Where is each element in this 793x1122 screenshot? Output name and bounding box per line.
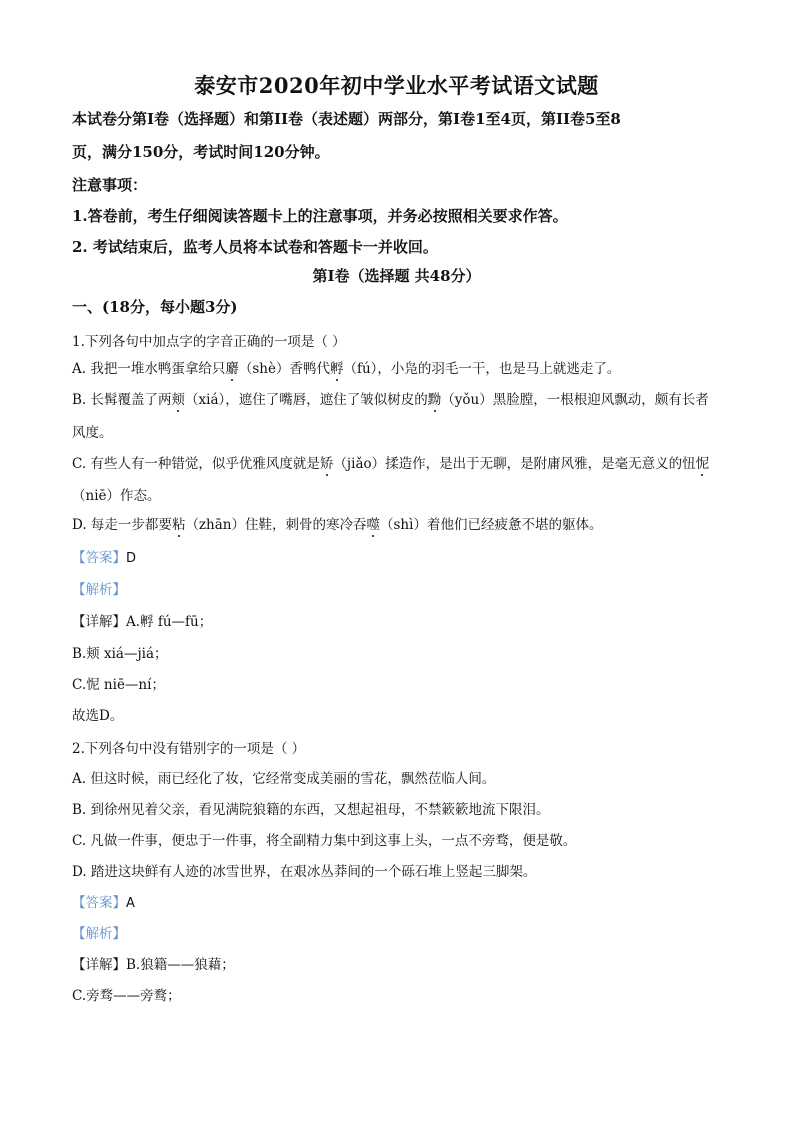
option-text: （shè）香鸭代 [239, 361, 330, 377]
question-1-option-b-cont: 风度。 [72, 421, 113, 441]
answer-value: A [126, 896, 135, 911]
notes-heading: 注意事项： [72, 174, 147, 195]
document-page: 泰安市2020年初中学业水平考试语文试题 本试卷分第Ⅰ卷（选择题）和第II卷（表… [0, 0, 793, 1122]
question-1-analysis-label: 【解析】 [72, 578, 126, 598]
question-2-analysis-label: 【解析】 [72, 922, 126, 942]
intro-line-2: 页，满分150分，考试时间120分钟。 [72, 141, 330, 162]
question-1-detail: 【详解】A.孵 fú—fū； [72, 610, 212, 630]
question-2-option-c: C. 凡做一件事，便忠于一件事，将全副精力集中到这事上头，一点不旁骛，便是敬。 [72, 829, 576, 849]
dotted-char: 矫 [320, 452, 334, 472]
answer-value: D [126, 551, 136, 566]
dotted-char: 黝 [428, 388, 442, 408]
detail-text: B.狼籍——狼藉； [126, 957, 235, 973]
question-1-option-d: D. 每走一步都要粘（zhān）住鞋，刺骨的寒冷吞噬（shì）着他们已经疲惫不堪… [72, 513, 602, 533]
section-title: 第Ⅰ卷（选择题 共48分） [0, 265, 793, 286]
question-2-option-a: A. 但这时候，雨已经化了妆，它经常变成美丽的雪花，飘然莅临人间。 [72, 767, 495, 787]
notes-item-2: 2. 考试结束后，监考人员将本试卷和答题卡一并收回。 [72, 236, 438, 257]
intro-line-1: 本试卷分第Ⅰ卷（选择题）和第II卷（表述题）两部分，第Ⅰ卷1至4页，第II卷5至… [72, 108, 621, 129]
dotted-char: 粘 [172, 513, 186, 533]
option-text: （xiá），遮住了嘴唇，遮住了皱似树皮的 [185, 392, 428, 408]
question-1-stem: 1.下列各句中加点字的字音正确的一项是（ ） [72, 330, 346, 350]
question-1-answer: 【答案】D [72, 546, 136, 566]
dotted-char: 麝 [225, 357, 239, 377]
question-2-detail: 【详解】B.狼籍——狼藉； [72, 953, 235, 973]
document-title: 泰安市2020年初中学业水平考试语文试题 [0, 70, 793, 100]
option-text: （yǒu）黑脸膛，一根根迎风飘动，颇有长者 [441, 392, 708, 408]
question-1-option-c: C. 有些人有一种错觉，似乎优雅风度就是矫（jiǎo）揉造作，是出于无聊，是附庸… [72, 452, 709, 472]
question-2-stem: 2.下列各句中没有错别字的一项是（ ） [72, 737, 305, 757]
question-2-answer: 【答案】A [72, 891, 135, 911]
part1-heading: 一、(18分，每小题3分) [72, 296, 238, 317]
dotted-char: 噬 [367, 513, 381, 533]
option-text: （zhān）住鞋，刺骨的寒冷吞 [185, 517, 366, 533]
question-1-option-b: B. 长髯覆盖了两颊（xiá），遮住了嘴唇，遮住了皱似树皮的黝（yǒu）黑脸膛，… [72, 388, 709, 408]
detail-text: A.孵 fú—fū； [126, 614, 212, 630]
option-text: （jiǎo）揉造作，是出于无聊，是附庸风雅，是毫无意义的忸 [333, 456, 695, 472]
question-2-option-d: D. 踏进这块鲜有人迹的冰雪世界，在艰冰丛莽间的一个砾石堆上竖起三脚架。 [72, 860, 536, 880]
question-1-option-a: A. 我把一堆水鸭蛋拿给只麝（shè）香鸭代孵（fú），小凫的羽毛一干，也是马上… [72, 357, 620, 377]
option-text: （fú），小凫的羽毛一干，也是马上就逃走了。 [343, 361, 620, 377]
option-text: A. 我把一堆水鸭蛋拿给只 [72, 361, 225, 377]
question-2-option-b: B. 到徐州见着父亲，看见满院狼籍的东西，又想起祖母，不禁簌簌地流下限泪。 [72, 798, 550, 818]
question-1-detail-c: C.怩 niē—ní； [72, 673, 165, 693]
dotted-char: 颊 [172, 388, 186, 408]
question-1-conclusion: 故选D。 [72, 704, 123, 724]
option-text: C. 有些人有一种错觉，似乎优雅风度就是 [72, 456, 320, 472]
option-text: （shì）着他们已经疲惫不堪的躯体。 [380, 517, 602, 533]
dotted-char: 孵 [330, 357, 344, 377]
detail-label: 【详解】 [72, 614, 126, 630]
answer-label: 【答案】 [72, 895, 126, 911]
question-1-option-c-cont: （niē）作态。 [72, 484, 161, 504]
answer-label: 【答案】 [72, 550, 126, 566]
question-2-detail-c: C.旁骛——旁鹜； [72, 984, 181, 1004]
detail-label: 【详解】 [72, 957, 126, 973]
dotted-char: 怩 [696, 452, 710, 472]
question-1-detail-b: B.颊 xiá—jiá； [72, 642, 168, 662]
option-text: B. 长髯覆盖了两 [72, 392, 172, 408]
notes-item-1: 1.答卷前，考生仔细阅读答题卡上的注意事项，并务必按照相关要求作答。 [72, 205, 568, 226]
option-text: D. 每走一步都要 [72, 517, 172, 533]
